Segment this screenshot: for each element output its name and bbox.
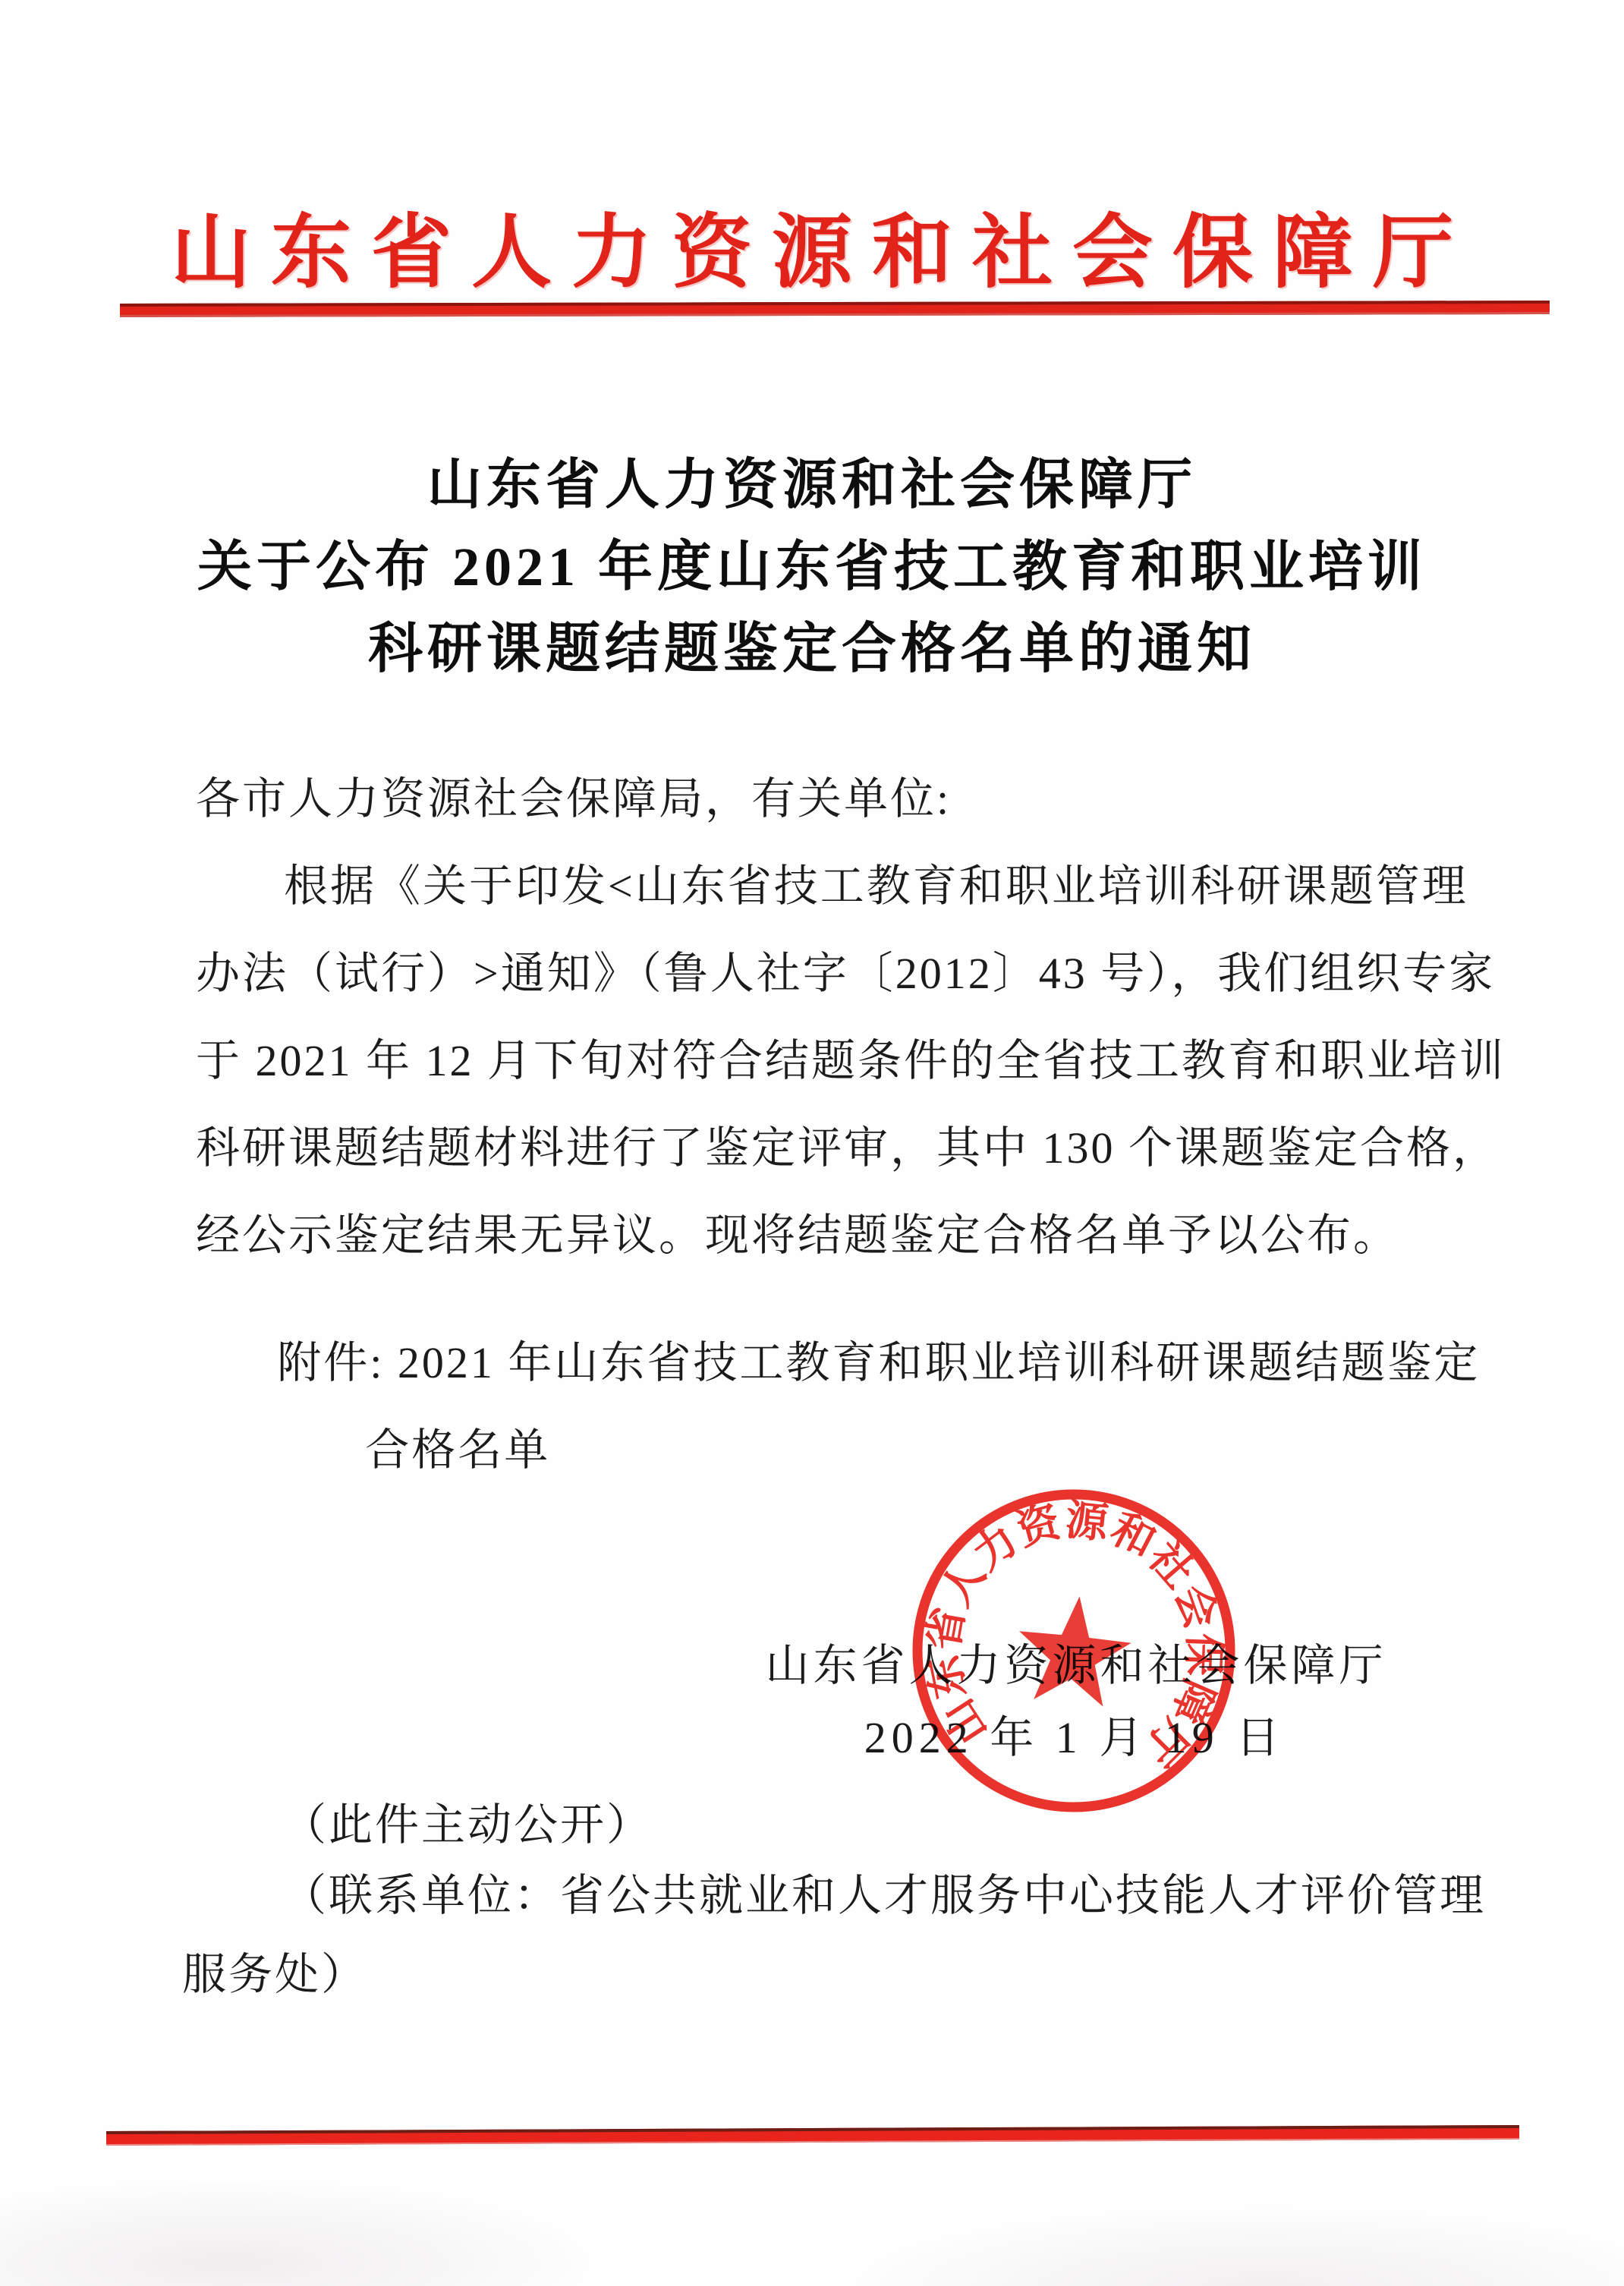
star-icon	[1012, 1591, 1135, 1709]
footer-notes: （此件主动公开）（联系单位：省公共就业和人才服务中心技能人才评价管理服务处）	[0, 0, 1624, 2286]
footer-line-3: 服务处）	[182, 1948, 367, 2002]
seal-graphic: 山东省人力资源和社会保障厅	[905, 1482, 1243, 1820]
footer-line-2: （联系单位：省公共就业和人才服务中心技能人才评价管理	[282, 1869, 1486, 1923]
official-seal: 山东省人力资源和社会保障厅	[905, 1482, 1243, 1820]
footer-line-1: （此件主动公开）	[282, 1798, 653, 1853]
scanned-official-document: 山东省人力资源和社会保障厅 山东省人力资源和社会保障厅关于公布 2021 年度山…	[0, 0, 1624, 2286]
